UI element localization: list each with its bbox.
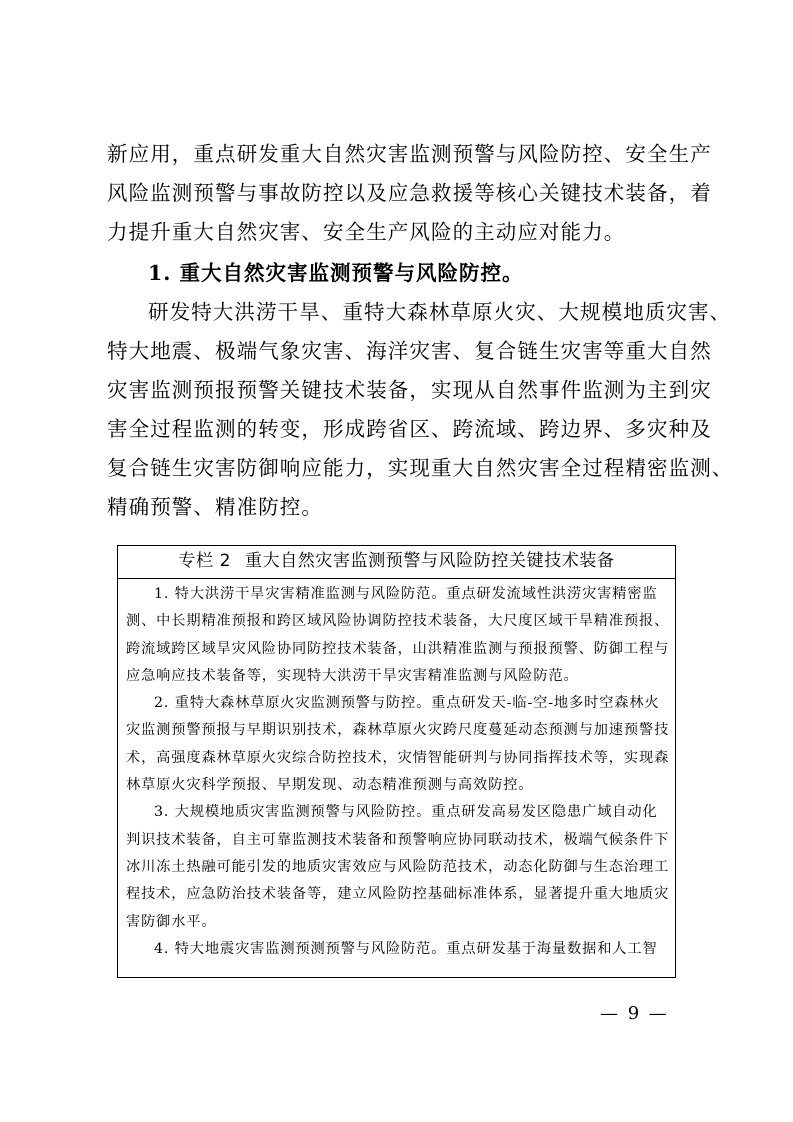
box-line: 1. 特大洪涝干旱灾害精准监测与风险防范。重点研发流域性洪涝灾害精密监 bbox=[126, 581, 668, 608]
box-item: 2. 重特大森林草原火灾监测预警与防控。重点研发天-临-空-地多时空森林火 灾监… bbox=[126, 690, 668, 799]
box-line: 判识技术装备，自主可靠监测技术装备和预警响应协同联动技术，极端气候条件下 bbox=[126, 827, 668, 854]
box-body: 1. 特大洪涝干旱灾害精准监测与风险防范。重点研发流域性洪涝灾害精密监 测、中长… bbox=[118, 579, 675, 963]
text-line: 力提升重大自然灾害、安全生产风险的主动应对能力。 bbox=[107, 213, 691, 252]
box-item: 4. 特大地震灾害监测预测预警与风险防范。重点研发基于海量数据和人工智 bbox=[126, 936, 668, 963]
box-item: 1. 特大洪涝干旱灾害精准监测与风险防范。重点研发流域性洪涝灾害精密监 测、中长… bbox=[126, 581, 668, 690]
box-line: 害防御水平。 bbox=[126, 909, 668, 936]
page-number: — 9 — bbox=[600, 1003, 669, 1024]
intro-paragraph: 新应用，重点研发重大自然灾害监测预警与风险防控、安全生产 风险监测预警与事故防控… bbox=[107, 135, 691, 252]
box-line: 灾监测预警预报与早期识别技术，森林草原火灾跨尺度蔓延动态预测与加速预警技 bbox=[126, 717, 668, 744]
box-line: 3. 大规模地质灾害监测预警与风险防控。重点研发高易发区隐患广域自动化 bbox=[126, 799, 668, 826]
box-title: 专栏 2重大自然灾害监测预警与风险防控关键技术装备 bbox=[118, 546, 675, 579]
box-line: 2. 重特大森林草原火灾监测预警与防控。重点研发天-临-空-地多时空森林火 bbox=[126, 690, 668, 717]
text-line: 灾害监测预报预警关键技术装备，实现从自然事件监测为主到灾 bbox=[107, 371, 691, 410]
text-line: 风险监测预警与事故防控以及应急救援等核心关键技术装备，着 bbox=[107, 174, 691, 213]
box-line: 术，高强度森林草原火灾综合防控技术，灾情智能研判与协同指挥技术等，实现森 bbox=[126, 745, 668, 772]
section-paragraph: 研发特大洪涝干旱、重特大森林草原火灾、大规模地质灾害、 特大地震、极端气象灾害、… bbox=[107, 293, 691, 527]
box-line: 测、中长期精准预报和跨区域风险协调防控技术装备，大尺度区域干旱精准预报、 bbox=[126, 608, 668, 635]
box-line: 跨流域跨区域旱灾风险协同防控技术装备，山洪精准监测与预报预警、防御工程与 bbox=[126, 636, 668, 663]
text-line: 复合链生灾害防御响应能力，实现重大自然灾害全过程精密监测、 bbox=[107, 449, 691, 488]
section-heading: 1. 重大自然灾害监测预警与风险防控。 bbox=[148, 254, 524, 293]
box-title-text: 重大自然灾害监测预警与风险防控关键技术装备 bbox=[245, 551, 615, 571]
box-line: 程技术，应急防治技术装备等，建立风险防控基础标准体系，显著提升重大地质灾 bbox=[126, 881, 668, 908]
box-item: 3. 大规模地质灾害监测预警与风险防控。重点研发高易发区隐患广域自动化 判识技术… bbox=[126, 799, 668, 935]
column-box: 专栏 2重大自然灾害监测预警与风险防控关键技术装备 1. 特大洪涝干旱灾害精准监… bbox=[117, 545, 676, 978]
text-line: 害全过程监测的转变，形成跨省区、跨流域、跨边界、多灾种及 bbox=[107, 410, 691, 449]
box-line: 应急响应技术装备等，实现特大洪涝干旱灾害精准监测与风险防范。 bbox=[126, 663, 668, 690]
box-label: 专栏 2 bbox=[178, 551, 231, 571]
text-line: 特大地震、极端气象灾害、海洋灾害、复合链生灾害等重大自然 bbox=[107, 332, 691, 371]
box-line: 林草原火灾科学预报、早期发现、动态精准预测与高效防控。 bbox=[126, 772, 668, 799]
box-line: 冰川冻土热融可能引发的地质灾害效应与风险防范技术，动态化防御与生态治理工 bbox=[126, 854, 668, 881]
box-line: 4. 特大地震灾害监测预测预警与风险防范。重点研发基于海量数据和人工智 bbox=[126, 936, 668, 963]
text-line: 新应用，重点研发重大自然灾害监测预警与风险防控、安全生产 bbox=[107, 135, 691, 174]
text-line: 研发特大洪涝干旱、重特大森林草原火灾、大规模地质灾害、 bbox=[107, 293, 691, 332]
text-line: 精确预警、精准防控。 bbox=[107, 488, 691, 527]
